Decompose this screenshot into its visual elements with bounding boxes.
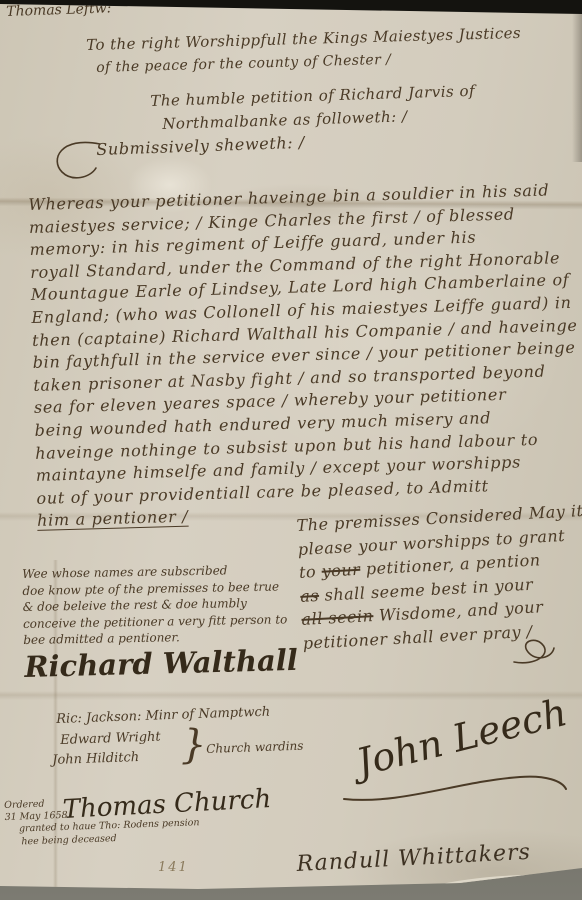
leech-signature-flourish [340, 775, 570, 805]
petition-body: Whereas your petitioner haveinge bin a s… [28, 179, 582, 533]
paper-sheet: Thomas Leftw: To the right Worshippfull … [0, 0, 582, 900]
witness-brace: } [181, 722, 206, 768]
order-note: Ordered 31 May 1658 granted to haue Tho:… [4, 793, 200, 849]
title-line-2: Northmalbanke as followeth: / [162, 107, 408, 133]
salutation: Submissively sheweth: / [96, 133, 305, 159]
heading-line-2: of the peace for the county of Chester / [96, 52, 391, 76]
paper-curl-highlight [418, 870, 582, 900]
witness-role-label: Church wardins [206, 739, 304, 756]
heading-line-1: To the right Worshippfull the Kings Maie… [86, 24, 521, 54]
signature-walthall: Richard Walthall [24, 643, 298, 684]
witness-minister: Ric: Jackson: Minr of Namptwch [56, 705, 270, 727]
attestation-block: Wee whose names are subscribed doe know … [22, 561, 288, 648]
fold-crease-lower [0, 691, 582, 700]
paper-edge-shadow [572, 12, 582, 162]
witness-churchwarden-2: John Hilditch [52, 750, 139, 768]
manuscript-page: Thomas Leftw: To the right Worshippfull … [0, 0, 582, 900]
prayer-end-flourish [508, 628, 558, 668]
folio-number: 141 [158, 860, 189, 875]
archive-note: Thomas Leftw: [6, 0, 112, 20]
signature-leech: John Leech [352, 690, 571, 785]
title-line-1: The humble petition of Richard Jarvis of [150, 82, 475, 110]
signature-whittakers: Randull Whittakers [296, 840, 531, 877]
witness-churchwarden-1: Edward Wright [60, 729, 161, 747]
